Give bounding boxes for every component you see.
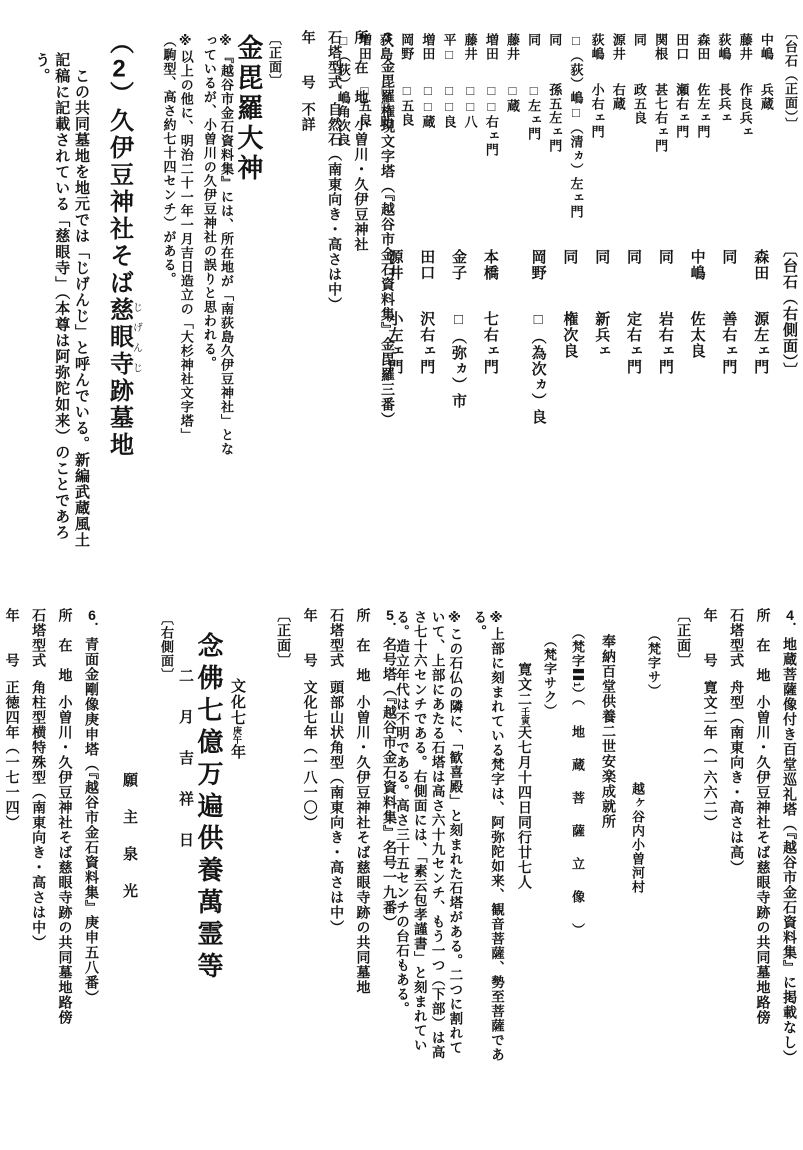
given-name: 権次良: [561, 311, 578, 359]
name-entry: 同孫五左ェ門: [546, 33, 563, 268]
section5: 5．名号塔（『越谷市金石資料集』名号一九番） 所 在 地小曽川・久伊豆神社そば慈…: [265, 608, 399, 1146]
surname: □（荻）嶋: [567, 33, 584, 105]
surname: 藤井: [737, 33, 754, 83]
field-label: 所 在 地: [756, 608, 772, 683]
section2-heading-pre: ）久伊豆神社そば: [106, 81, 133, 297]
section4-notes: ※上部に刻まれている梵字は、阿弥陀如来、観音菩薩、勢至菩薩である。 ※この石仏の…: [386, 610, 505, 1068]
surname: 同: [719, 249, 739, 311]
surname: 増田: [483, 33, 500, 83]
field-value: 小曽川・久伊豆神社: [354, 117, 370, 252]
surname: 荻嶋: [715, 33, 732, 83]
era-line: 文化七庚午年: [228, 678, 246, 760]
section2-number: 2: [106, 57, 133, 81]
name-entry: 同□左ェ門: [525, 33, 542, 268]
surname: 藤井: [504, 33, 521, 83]
surname: 藤井: [462, 33, 479, 83]
bonji-center-text: （梵字〓: [570, 626, 585, 682]
field-row: 年 号寛文二年（一六六二）: [701, 608, 719, 1150]
field-value: 舟型（南東向き・高さは高）: [729, 680, 745, 875]
field-value: 小曽川・久伊豆神社そば慈眼寺跡の共同墓地: [356, 695, 372, 995]
section6-number: 6: [84, 608, 100, 622]
name-entry: 藤井□蔵: [504, 33, 521, 268]
section3-number: 3: [380, 30, 396, 44]
name-entry: 平□□□良: [440, 33, 457, 268]
section3-title: ．金毘羅権現文字塔（『越谷市金石資料集』金毘羅三番）: [380, 44, 396, 427]
name-entry: 中嶋佐太良: [687, 249, 707, 480]
surname: 田口: [673, 33, 690, 83]
field-label: 年 号: [703, 608, 719, 668]
surname: 同: [546, 33, 563, 83]
section5-inscription: 文化七庚午年 念佛七億万遍供養萬霊等 二月吉祥日: [178, 620, 282, 1050]
note-paragraph: ※この石仏の隣に、「歓喜殿」と刻まれた石塔がある。二つに割れていて、上部にあたる…: [392, 610, 463, 1068]
field-row: 石塔型式頭部山状角型（南東向き・高さは中）: [328, 608, 346, 1146]
name-entry: 増田□□右ェ門: [483, 33, 500, 268]
name-entry: 増田□□蔵: [419, 33, 436, 268]
given-name: 善右ェ門: [720, 311, 737, 375]
field-label: 年 号: [5, 608, 21, 668]
section4-inscription: （梵字サ） 越ヶ谷内小曽河村 奉納百堂供養二世安楽成就所 （梵字〓1） （地蔵菩…: [495, 620, 663, 990]
statue-note: （地蔵菩薩立像）: [569, 692, 585, 956]
given-name: 小右ェ門: [590, 83, 605, 139]
field-value: 角柱型横特殊型（南東向き・高さは中）: [31, 680, 47, 950]
base-stone-front-block: 〔台石（正面）〕 中嶋兵蔵 藤井作良兵ェ 荻嶋長兵ェ 森田佐左ェ門 田口瀬右ェ門…: [331, 26, 799, 268]
section2-paragraph: この共同墓地を地元では「じげんじ」と呼んでいる。新編武蔵風土記稿に記載されている…: [32, 52, 91, 552]
section4-face-label: 〔正面〕: [675, 608, 693, 1150]
field-label: 年 号: [303, 608, 319, 668]
zodiac-small: 壬寅: [520, 707, 530, 725]
surname: 同: [623, 249, 643, 311]
base-stone-front-name-list: 中嶋兵蔵 藤井作良兵ェ 荻嶋長兵ェ 森田佐左ェ門 田口瀬右ェ門 関根甚七右ェ門 …: [335, 26, 775, 268]
given-name: □（為次ヵ）良: [530, 311, 547, 425]
field-label: 年 号: [301, 30, 317, 90]
name-entry: 源井右蔵: [610, 33, 627, 268]
given-name: 政五良: [632, 83, 647, 125]
given-name: □左ェ門: [526, 83, 541, 141]
given-name: 作良兵ェ: [738, 83, 753, 139]
name-entry: 同政五良: [631, 33, 648, 268]
note-paragraph: ※以上の他に、明治二十一年一月吉日造立の「大杉神社文字塔」（駒型、高さ約七十四セ…: [160, 34, 194, 458]
section2-open-paren: （: [106, 30, 133, 57]
field-row: 所 在 地小曽川・久伊豆神社: [352, 30, 370, 605]
era-suffix: 年: [229, 744, 246, 760]
field-label: 所 在 地: [58, 608, 74, 683]
section5-right-face-block: 〔右側面〕 願主泉光: [100, 610, 174, 1040]
given-name: □（弥ヵ）市: [450, 311, 467, 409]
name-entry: 森田佐左ェ門: [694, 33, 711, 268]
surname: 中嶋: [758, 33, 775, 83]
name-entry: 同新兵ェ: [591, 249, 611, 480]
field-row: 所 在 地小曽川・久伊豆神社そば慈眼寺跡の共同墓地: [354, 608, 372, 1146]
given-name: 甚七右ェ門: [653, 83, 668, 153]
field-value: 小曽川・久伊豆神社そば慈眼寺跡の共同墓地路傍: [58, 695, 74, 1025]
section2-body: この共同墓地を地元では「じげんじ」と呼んでいる。新編武蔵風土記稿に記載されている…: [26, 52, 91, 552]
given-name: □□良: [442, 83, 457, 129]
name-entry: 岡野□（為次ヵ）良: [528, 249, 548, 480]
field-row: 年 号文化七年（一八一〇）: [301, 608, 319, 1146]
section3: 3．金毘羅権現文字塔（『越谷市金石資料集』金毘羅三番） 所 在 地小曽川・久伊豆…: [291, 30, 397, 605]
given-name: 孫五左ェ門: [547, 83, 562, 153]
zodiac-small: 庚午: [232, 726, 242, 744]
field-value: 文化七年（一八一〇）: [303, 680, 319, 830]
name-entry: 本橋七右ェ門: [480, 249, 500, 480]
section4-number: 4: [782, 608, 798, 622]
base-stone-right-name-list: 森田源左ェ門 同善右ェ門 中嶋佐太良 同岩右ェ門 同定右ェ門 同新兵ェ 同権次良…: [385, 242, 771, 480]
surname: 岡野: [398, 33, 415, 83]
section4-heading: 4．地蔵菩薩像付き百堂巡礼塔（『越谷市金石資料集』に掲載なし）: [781, 608, 799, 1150]
field-row: 所 在 地小曽川・久伊豆神社そば慈眼寺跡の共同墓地路傍: [56, 608, 74, 1150]
base-stone-right-label: 〔台石（右側面）〕: [779, 242, 799, 480]
section6: 6．青面金剛像庚申塔（『越谷市金石資料集』庚申五八番） 所 在 地小曽川・久伊豆…: [0, 608, 101, 1150]
ruby-base: 慈眼寺: [106, 297, 133, 378]
surname: 本橋: [480, 249, 500, 311]
section3-notes: ※『越谷市金石資料集』には、所在地が「南荻島久伊豆神社」となっているが、小曽川の…: [154, 34, 235, 458]
section5-heading: 5．名号塔（『越谷市金石資料集』名号一九番）: [381, 608, 399, 1146]
era-text: 文化七: [229, 678, 246, 726]
given-name: 岩右ェ門: [657, 311, 674, 375]
date-line: 二月吉祥日: [176, 668, 194, 873]
section4-fields: 所 在 地小曽川・久伊豆神社そば慈眼寺跡の共同墓地路傍 石塔型式舟型（南東向き・…: [701, 608, 772, 1150]
section3-inscription: 金毘羅大神: [232, 34, 266, 592]
field-value: 自然石（南東向き・高さは中）: [327, 102, 343, 312]
given-name: 瀬右ェ門: [674, 83, 689, 139]
given-name: □□右ェ門: [484, 83, 499, 157]
name-entry: 森田源左ェ門: [750, 249, 770, 480]
field-row: 所 在 地小曽川・久伊豆神社そば慈眼寺跡の共同墓地路傍: [754, 608, 772, 1150]
surname: 森田: [750, 249, 770, 311]
name-entry: 同権次良: [560, 249, 580, 480]
surname: 中嶋: [687, 249, 707, 311]
section6-title: ．青面金剛像庚申塔（『越谷市金石資料集』庚申五八番）: [84, 622, 100, 1005]
section5-right-face-label: 〔右側面〕: [158, 612, 174, 682]
base-stone-right-block: 〔台石（右側面）〕 森田源左ェ門 同善右ェ門 中嶋佐太良 同岩右ェ門 同定右ェ門…: [373, 242, 799, 480]
given-name: □□八: [463, 83, 478, 129]
name-entry: 関根甚七右ェ門: [652, 33, 669, 268]
field-value: 頭部山状角型（南東向き・高さは中）: [329, 680, 345, 935]
given-name: □蔵: [505, 83, 520, 113]
section3-heading: 3．金毘羅権現文字塔（『越谷市金石資料集』金毘羅三番）: [379, 30, 397, 605]
field-row: 石塔型式舟型（南東向き・高さは高）: [728, 608, 746, 1150]
section2-heading: （2）久伊豆神社そば慈眼寺じげんじ跡墓地: [103, 30, 141, 555]
given-name: 新兵ェ: [593, 311, 610, 359]
name-entry: 岡野□五良: [398, 33, 415, 268]
base-stone-front-label: 〔台石（正面）〕: [782, 26, 799, 268]
surname: 金子: [448, 249, 468, 311]
surname: 平□: [440, 33, 457, 83]
given-name: 兵蔵: [759, 83, 774, 111]
patron-line: 願主泉光: [120, 772, 138, 920]
section5-title: ．名号塔（『越谷市金石資料集』名号一九番）: [382, 622, 398, 930]
name-entry: 田口沢右ェ門: [416, 249, 436, 480]
note-paragraph: ※上部に刻まれている梵字は、阿弥陀如来、観音菩薩、勢至菩薩である。: [469, 610, 505, 1068]
field-row: 年 号正徳四年（一七一四）: [3, 608, 21, 1150]
name-entry: 荻嶋長兵ェ: [715, 33, 732, 268]
name-entry: 荻嶋小右ェ門: [588, 33, 605, 268]
given-name: 佐太良: [689, 311, 706, 359]
given-name: 佐左ェ門: [695, 83, 710, 139]
nembutsu-main-inscription: 念佛七億万遍供養萬霊等: [193, 632, 224, 984]
surname: 田口: [416, 249, 436, 311]
name-entry: 同定右ェ門: [623, 249, 643, 480]
section3-face-label: 〔正面〕: [266, 32, 283, 592]
section5-fields: 所 在 地小曽川・久伊豆神社そば慈眼寺跡の共同墓地 石塔型式頭部山状角型（南東向…: [301, 608, 372, 1146]
given-name: □□蔵: [420, 83, 435, 129]
section6-heading: 6．青面金剛像庚申塔（『越谷市金石資料集』庚申五八番）: [83, 608, 101, 1150]
field-label: 石塔型式: [329, 608, 345, 668]
given-name: 定右ェ門: [625, 311, 642, 375]
given-name: □（清ヵ）左ェ門: [568, 105, 583, 219]
field-row: 年 号不詳: [299, 30, 317, 605]
given-name: 右蔵: [611, 83, 626, 111]
name-entry: 藤井□□八: [462, 33, 479, 268]
bonji-right: （梵字サ）: [645, 628, 661, 698]
era-text: 寛文二: [517, 662, 533, 707]
surname: 増田: [419, 33, 436, 83]
surname: 同: [525, 33, 542, 83]
surname: 森田: [694, 33, 711, 83]
section6-fields: 所 在 地小曽川・久伊豆神社そば慈眼寺跡の共同墓地路傍 石塔型式角柱型横特殊型（…: [3, 608, 74, 1150]
note-paragraph: ※『越谷市金石資料集』には、所在地が「南荻島久伊豆神社」となっているが、小曽川の…: [201, 34, 235, 458]
name-entry: 同善右ェ門: [719, 249, 739, 480]
field-value: 不詳: [301, 102, 317, 132]
given-name: 沢右ェ門: [418, 311, 435, 375]
surname: 岡野: [528, 249, 548, 311]
bonji-center: （梵字〓1）: [569, 626, 585, 701]
section2-heading-post: 跡墓地: [106, 378, 133, 459]
given-name: 七右ェ門: [482, 311, 499, 375]
section5-number: 5: [382, 608, 398, 622]
name-entry: 同岩右ェ門: [655, 249, 675, 480]
ruby-text: じげんじ: [131, 297, 142, 378]
field-value: 小曽川・久伊豆神社そば慈眼寺跡の共同墓地路傍: [756, 695, 772, 1025]
name-entry: 金子□（弥ヵ）市: [448, 249, 468, 480]
surname: 源井: [610, 33, 627, 83]
date-rest: 天七月十四日同行廿七人: [517, 725, 533, 890]
field-row: 石塔型式角柱型横特殊型（南東向き・高さは中）: [30, 608, 48, 1150]
surname: 同: [591, 249, 611, 311]
field-label: 石塔型式: [729, 608, 745, 668]
village-line: 越ヶ谷内小曽河村: [629, 782, 645, 894]
surname: 関根: [652, 33, 669, 83]
given-name: □五良: [399, 83, 414, 127]
date-line: 寛文二壬寅天七月十四日同行廿七人: [516, 662, 533, 890]
jigenji-ruby: 慈眼寺じげんじ: [106, 297, 133, 378]
section4-title: ．地蔵菩薩像付き百堂巡礼塔（『越谷市金石資料集』に掲載なし）: [782, 622, 798, 1065]
dedication-line: 奉納百堂供養二世安楽成就所: [600, 634, 617, 829]
surname: 同: [655, 249, 675, 311]
name-entry: 藤井作良兵ェ: [737, 33, 754, 268]
scanned-document-page: 〔台石（正面）〕 中嶋兵蔵 藤井作良兵ェ 荻嶋長兵ェ 森田佐左ェ門 田口瀬右ェ門…: [0, 0, 803, 1150]
given-name: 源左ェ門: [752, 311, 769, 375]
field-row: 石塔型式自然石（南東向き・高さは中）: [326, 30, 344, 605]
name-entry: 中嶋兵蔵: [758, 33, 775, 268]
surname: 同: [631, 33, 648, 83]
field-label: 石塔型式: [31, 608, 47, 668]
name-entry: □（荻）嶋□（清ヵ）左ェ門: [567, 33, 584, 268]
given-name: 長兵ェ: [717, 83, 732, 125]
section3-fields: 所 在 地小曽川・久伊豆神社 石塔型式自然石（南東向き・高さは中） 年 号不詳: [299, 30, 370, 605]
field-label: 石塔型式: [327, 30, 343, 90]
bonji-left: （梵字サク）: [541, 634, 557, 718]
field-label: 所 在 地: [356, 608, 372, 683]
field-value: 正徳四年（一七一四）: [5, 680, 21, 830]
field-value: 寛文二年（一六六二）: [703, 680, 719, 830]
field-label: 所 在 地: [354, 30, 370, 105]
name-entry: 田口瀬右ェ門: [673, 33, 690, 268]
surname: 同: [560, 249, 580, 311]
surname: 荻嶋: [588, 33, 605, 83]
section4: 4．地蔵菩薩像付き百堂巡礼塔（『越谷市金石資料集』に掲載なし） 所 在 地小曽川…: [665, 608, 799, 1150]
